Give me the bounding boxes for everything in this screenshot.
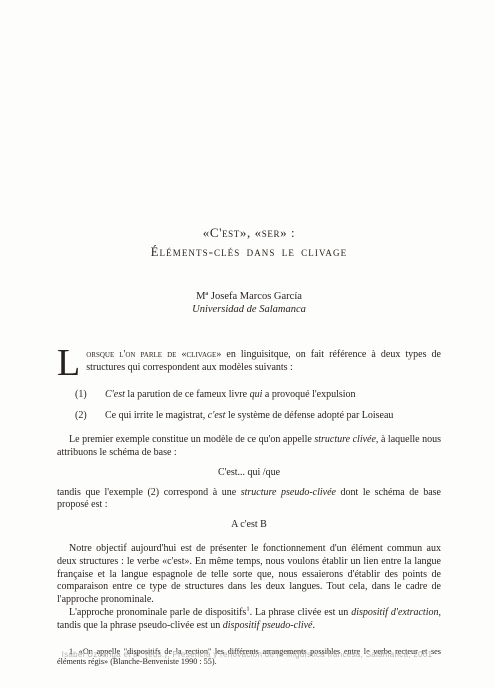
example-1-run-2: a provoqué l'expulsion — [262, 389, 355, 400]
example-2-text: Ce qui irrite le magistrat, c'est le sys… — [105, 410, 441, 423]
footer-citation: Isabel Uzcanga et al. (eds.), Presencia … — [0, 650, 494, 659]
example-1-number: (1) — [75, 389, 105, 402]
paper-title-line1: «C'est», «ser» : — [57, 225, 441, 241]
example-2-number: (2) — [75, 410, 105, 423]
approach-italic-pseudo: dispositif pseudo-clivé — [223, 620, 313, 631]
intro-paragraph: Lorsque l'on parle de «clivage» en lingu… — [57, 349, 441, 375]
schema-pseudo-cleft: A c'est B — [57, 519, 441, 532]
drop-cap: L — [57, 349, 86, 377]
paragraph-second-example: tandis que l'exemple (2) correspond à un… — [57, 487, 441, 513]
approach-italic-extraction: dispositif d'extraction — [351, 607, 438, 618]
author-name: Mª Josefa Marcos García — [57, 291, 441, 304]
paper-page: «C'est», «ser» : Éléments-clés dans le c… — [0, 0, 494, 688]
paragraph-first-example: Le premier exemple constitue un modèle d… — [57, 434, 441, 460]
example-2-run-2: le système de défense adopté par Loiseau — [225, 410, 393, 421]
approach-run-4: . — [313, 620, 316, 631]
paragraph-objective: Notre objectif aujourd'hui est de présen… — [57, 543, 441, 607]
example-1-run-1: la parution de ce fameux livre — [125, 389, 250, 400]
example-2-run-1: Ce qui irrite le magistrat, — [105, 410, 208, 421]
second-example-run-1: tandis que l'exemple (2) correspond à un… — [57, 487, 241, 498]
paper-title-line2: Éléments-clés dans le clivage — [57, 245, 441, 260]
example-1-italic-cest: C'est — [105, 389, 125, 400]
schema-cleft: C'est... qui /que — [57, 467, 441, 480]
approach-run-2: . La phrase clivée est un — [250, 607, 352, 618]
first-example-italic: structure clivée — [314, 434, 376, 445]
example-2-italic-cest: c'est — [208, 410, 226, 421]
first-example-run-1: Le premier exemple constitue un modèle d… — [69, 434, 314, 445]
second-example-italic: structure pseudo-clivée — [241, 487, 336, 498]
author-block: Mª Josefa Marcos García Universidad de S… — [57, 291, 441, 316]
author-affiliation: Universidad de Salamanca — [57, 304, 441, 317]
example-1-text: C'est la parution de ce fameux livre qui… — [105, 389, 441, 402]
intro-smallcaps-run: orsque l'on parle de «clivage» — [86, 349, 221, 360]
example-1-italic-qui: qui — [250, 389, 263, 400]
example-1: (1) C'est la parution de ce fameux livre… — [75, 389, 441, 402]
example-2: (2) Ce qui irrite le magistrat, c'est le… — [75, 410, 441, 423]
page-content: «C'est», «ser» : Éléments-clés dans le c… — [57, 0, 441, 667]
approach-run-1: L'approche pronominale parle de disposit… — [69, 607, 246, 618]
title-block: «C'est», «ser» : Éléments-clés dans le c… — [57, 225, 441, 260]
paragraph-approach: L'approche pronominale parle de disposit… — [57, 607, 441, 633]
